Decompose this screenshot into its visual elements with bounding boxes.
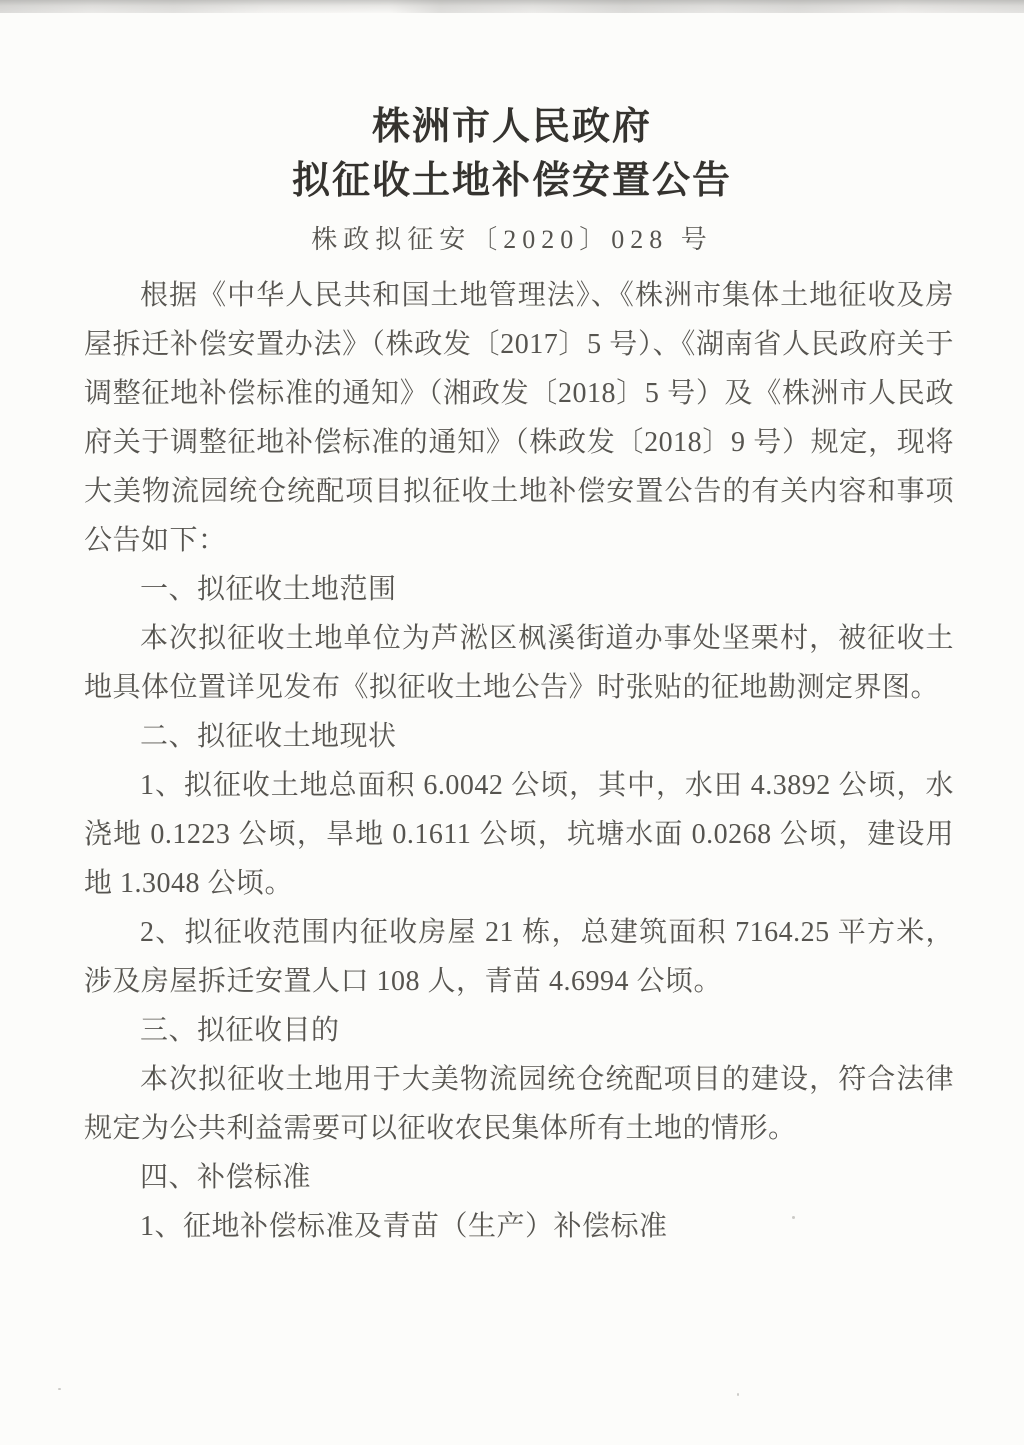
paragraph-legal-basis: 根据《中华人民共和国土地管理法》、《株洲市集体土地征收及房屋拆迁补偿安置办法》（… xyxy=(84,271,954,565)
scan-speck xyxy=(58,1388,61,1390)
paragraph-land-area-figures: 1、拟征收土地总面积 6.0042 公顷，其中，水田 4.3892 公顷，水浇地… xyxy=(84,761,954,908)
document-title-line2: 拟征收土地补偿安置公告 xyxy=(0,154,1024,208)
paragraph-purpose: 本次拟征收土地用于大美物流园统仓统配项目的建设，符合法律规定为公共利益需要可以征… xyxy=(84,1055,954,1153)
scanned-document-page: 株洲市人民政府 拟征收土地补偿安置公告 株政拟征安〔2020〕028 号 根据《… xyxy=(0,0,1024,1445)
paragraph-compensation-standard: 1、征地补偿标准及青苗（生产）补偿标准 xyxy=(84,1202,954,1251)
section-heading-1-land-scope: 一、拟征收土地范围 xyxy=(84,565,954,614)
document-body: 根据《中华人民共和国土地管理法》、《株洲市集体土地征收及房屋拆迁补偿安置办法》（… xyxy=(84,271,954,1251)
section-heading-4-compensation: 四、补偿标准 xyxy=(84,1153,954,1202)
scan-speck xyxy=(737,1393,739,1396)
paragraph-land-scope: 本次拟征收土地单位为芦淞区枫溪街道办事处坚栗村，被征收土地具体位置详见发布《拟征… xyxy=(84,614,954,712)
paragraph-house-figures: 2、拟征收范围内征收房屋 21 栋，总建筑面积 7164.25 平方米，涉及房屋… xyxy=(84,908,954,1006)
document-header: 株洲市人民政府 拟征收土地补偿安置公告 株政拟征安〔2020〕028 号 xyxy=(0,0,1024,256)
document-number: 株政拟征安〔2020〕028 号 xyxy=(0,224,1024,256)
document-title-line1: 株洲市人民政府 xyxy=(0,100,1024,154)
section-heading-2-land-status: 二、拟征收土地现状 xyxy=(84,712,954,761)
section-heading-3-purpose: 三、拟征收目的 xyxy=(84,1006,954,1055)
